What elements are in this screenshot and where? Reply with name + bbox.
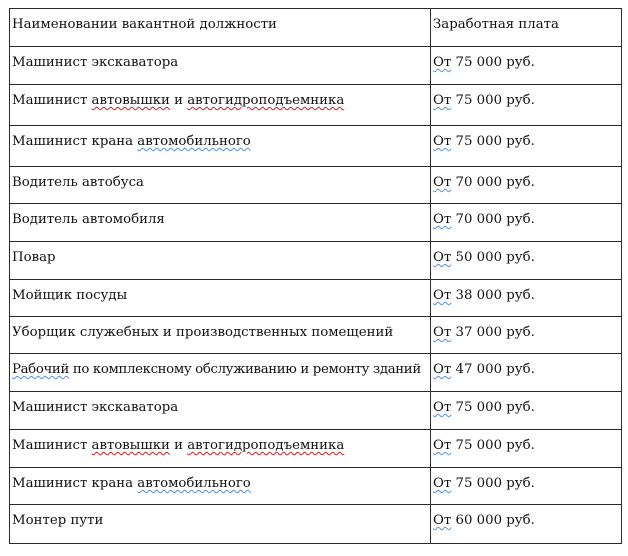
salary-value: 75 000 руб. (456, 93, 535, 108)
salary-prefix: От (433, 288, 451, 303)
position-cell: Водитель автомобиля (10, 204, 431, 242)
salary-value: 70 000 руб. (456, 175, 535, 190)
table-row: Повар От 50 000 руб. (10, 242, 622, 280)
salary-text: От 75 000 руб. (433, 468, 619, 492)
salary-prefix: От (433, 476, 451, 491)
salary-text: От 75 000 руб. (433, 430, 619, 454)
salary-text: От 75 000 руб. (433, 126, 619, 150)
text-part: Машинист крана (12, 476, 137, 491)
position-cell: Рабочий по комплексному обслуживанию и р… (10, 354, 431, 392)
position-text: Машинист автовышки и автогидроподъемника (12, 85, 428, 109)
text-part: по комплексному обслуживанию и ремонту з… (69, 362, 421, 377)
grammar-word: автомобильного (137, 134, 251, 149)
spellcheck-word: автогидроподъемника (187, 438, 344, 453)
salary-prefix: От (433, 400, 451, 415)
salary-value: 47 000 руб. (456, 362, 535, 377)
salary-prefix: От (433, 175, 451, 190)
salary-text: От 75 000 руб. (433, 47, 619, 71)
salary-value: 50 000 руб. (456, 250, 535, 265)
salary-prefix: От (433, 212, 451, 227)
salary-text: От 37 000 руб. (433, 317, 619, 341)
table-row: Мойщик посуды От 38 000 руб. (10, 280, 622, 317)
salary-prefix: От (433, 93, 451, 108)
salary-cell: От 50 000 руб. (431, 242, 622, 280)
salary-cell: От 75 000 руб. (431, 468, 622, 505)
salary-cell: От 75 000 руб. (431, 85, 622, 126)
position-cell: Мойщик посуды (10, 280, 431, 317)
salary-value: 75 000 руб. (456, 476, 535, 491)
salary-cell: От 70 000 руб. (431, 167, 622, 204)
salary-cell: От 70 000 руб. (431, 204, 622, 242)
vacancies-table: Наименовании вакантной должности Заработ… (9, 8, 622, 544)
salary-value: 70 000 руб. (456, 212, 535, 227)
salary-text: От 70 000 руб. (433, 167, 619, 191)
spellcheck-word: автовышки (92, 93, 170, 108)
grammar-word: автомобильного (137, 476, 251, 491)
salary-text: От 70 000 руб. (433, 204, 619, 228)
position-cell: Машинист экскаватора (10, 47, 431, 85)
position-cell: Водитель автобуса (10, 167, 431, 204)
table-row: Водитель автомобиля От 70 000 руб. (10, 204, 622, 242)
salary-value: 38 000 руб. (456, 288, 535, 303)
spellcheck-word: автовышки (92, 438, 170, 453)
text-part: Машинист крана (12, 134, 137, 149)
salary-text: От 75 000 руб. (433, 392, 619, 416)
position-text: Машинист экскаватора (12, 392, 428, 416)
table-row: Машинист экскаватора От 75 000 руб. (10, 47, 622, 85)
salary-cell: От 75 000 руб. (431, 392, 622, 430)
salary-value: 75 000 руб. (456, 400, 535, 415)
salary-cell: От 75 000 руб. (431, 126, 622, 167)
position-text: Монтер пути (12, 505, 428, 529)
salary-cell: От 38 000 руб. (431, 280, 622, 317)
salary-cell: От 47 000 руб. (431, 354, 622, 392)
position-cell: Машинист автовышки и автогидроподъемника (10, 430, 431, 468)
salary-prefix: От (433, 55, 451, 70)
position-text: Повар (12, 242, 428, 266)
spellcheck-word: автогидроподъемника (187, 93, 344, 108)
salary-cell: От 75 000 руб. (431, 430, 622, 468)
position-cell: Машинист автовышки и автогидроподъемника (10, 85, 431, 126)
position-text: Водитель автомобиля (12, 204, 428, 228)
header-position: Наименовании вакантной должности (10, 9, 431, 47)
grammar-word: Рабочий (12, 362, 69, 377)
salary-text: От 50 000 руб. (433, 242, 619, 266)
table-row: Машинист экскаватора От 75 000 руб. (10, 392, 622, 430)
salary-text: От 60 000 руб. (433, 505, 619, 529)
position-cell: Уборщик служебных и производственных пом… (10, 317, 431, 354)
salary-cell: От 37 000 руб. (431, 317, 622, 354)
text-part: и (170, 438, 187, 453)
text-part: Машинист (12, 93, 92, 108)
salary-value: 60 000 руб. (456, 513, 535, 528)
position-text: Машинист крана автомобильного (12, 468, 428, 492)
position-cell: Повар (10, 242, 431, 280)
position-cell: Монтер пути (10, 505, 431, 544)
table-row: Рабочий по комплексному обслуживанию и р… (10, 354, 622, 392)
position-text: Машинист экскаватора (12, 47, 428, 71)
salary-value: 75 000 руб. (456, 438, 535, 453)
salary-prefix: От (433, 250, 451, 265)
salary-prefix: От (433, 362, 451, 377)
salary-prefix: От (433, 325, 451, 340)
salary-text: От 38 000 руб. (433, 280, 619, 304)
salary-value: 75 000 руб. (456, 134, 535, 149)
position-text: Уборщик служебных и производственных пом… (12, 317, 428, 341)
table-row: Водитель автобуса От 70 000 руб. (10, 167, 622, 204)
salary-text: От 75 000 руб. (433, 85, 619, 109)
table-row: Машинист автовышки и автогидроподъемника… (10, 85, 622, 126)
position-text: Машинист автовышки и автогидроподъемника (12, 430, 428, 454)
position-text: Машинист крана автомобильного (12, 126, 428, 150)
salary-prefix: От (433, 134, 451, 149)
header-position-label: Наименовании вакантной должности (12, 9, 428, 33)
header-salary-label: Заработная плата (433, 9, 619, 33)
table-header-row: Наименовании вакантной должности Заработ… (10, 9, 622, 47)
table-row: Монтер пути От 60 000 руб. (10, 505, 622, 544)
position-text: Мойщик посуды (12, 280, 428, 304)
position-cell: Машинист крана автомобильного (10, 468, 431, 505)
table-row: Машинист автовышки и автогидроподъемника… (10, 430, 622, 468)
salary-value: 75 000 руб. (456, 55, 535, 70)
salary-prefix: От (433, 438, 451, 453)
salary-cell: От 75 000 руб. (431, 47, 622, 85)
salary-value: 37 000 руб. (456, 325, 535, 340)
position-text: Рабочий по комплексному обслуживанию и р… (12, 354, 428, 378)
salary-text: От 47 000 руб. (433, 354, 619, 378)
table-row: Уборщик служебных и производственных пом… (10, 317, 622, 354)
position-cell: Машинист экскаватора (10, 392, 431, 430)
text-part: Машинист (12, 438, 92, 453)
salary-prefix: От (433, 513, 451, 528)
table-row: Машинист крана автомобильного От 75 000 … (10, 468, 622, 505)
header-salary: Заработная плата (431, 9, 622, 47)
position-cell: Машинист крана автомобильного (10, 126, 431, 167)
text-part: и (170, 93, 187, 108)
table-row: Машинист крана автомобильного От 75 000 … (10, 126, 622, 167)
position-text: Водитель автобуса (12, 167, 428, 191)
salary-cell: От 60 000 руб. (431, 505, 622, 544)
